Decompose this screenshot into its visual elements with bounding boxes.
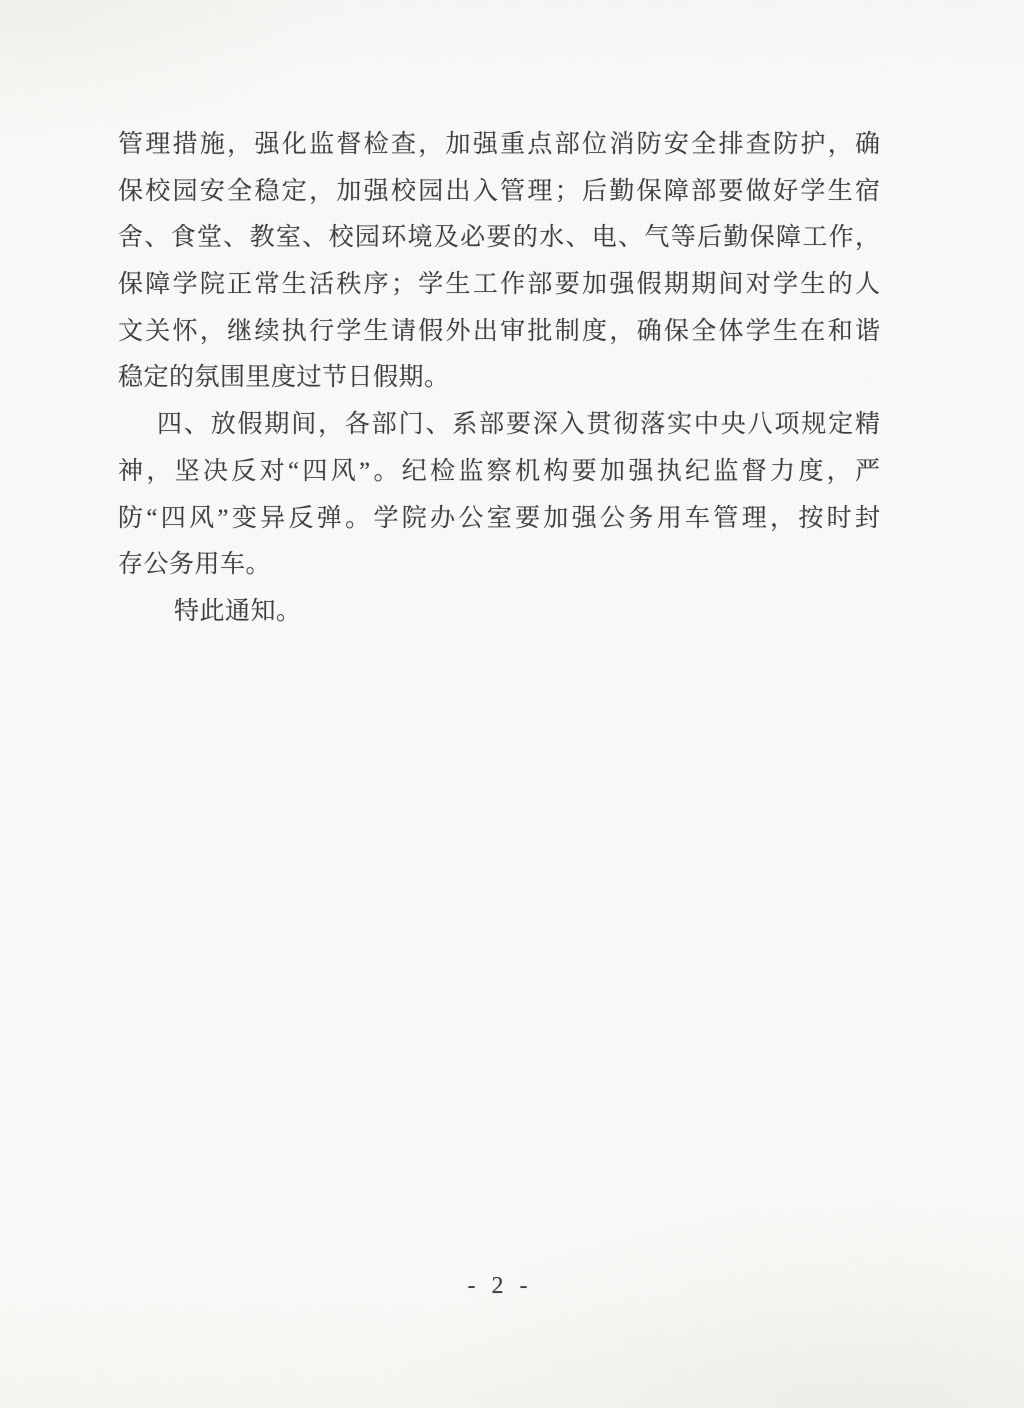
text-line: 特此通知。 [118,589,880,636]
text-line: 存公务用车。 [118,542,880,589]
text-line: 神，坚决反对“四风”。纪检监察机构要加强执纪监督力度，严 [118,449,880,496]
text-line: 防“四风”变异反弹。学院办公室要加强公务用车管理，按时封 [118,496,880,543]
text-line: 稳定的氛围里度过节日假期。 [118,355,880,402]
text-line: 文关怀，继续执行学生请假外出审批制度，确保全体学生在和谐 [118,309,880,356]
text-line: 管理措施，强化监督检查，加强重点部位消防安全排查防护，确 [118,122,880,169]
document-page: 管理措施，强化监督检查，加强重点部位消防安全排查防护，确保校园安全稳定，加强校园… [0,0,1024,1408]
text-line: 四、放假期间，各部门、系部要深入贯彻落实中央八项规定精 [118,402,880,449]
text-line: 保障学院正常生活秩序；学生工作部要加强假期期间对学生的人 [118,262,880,309]
page-number: - 2 - [400,1266,600,1306]
body-text: 管理措施，强化监督检查，加强重点部位消防安全排查防护，确保校园安全稳定，加强校园… [118,122,880,636]
text-line: 舍、食堂、教室、校园环境及必要的水、电、气等后勤保障工作， [118,215,880,262]
text-line: 保校园安全稳定，加强校园出入管理；后勤保障部要做好学生宿 [118,169,880,216]
